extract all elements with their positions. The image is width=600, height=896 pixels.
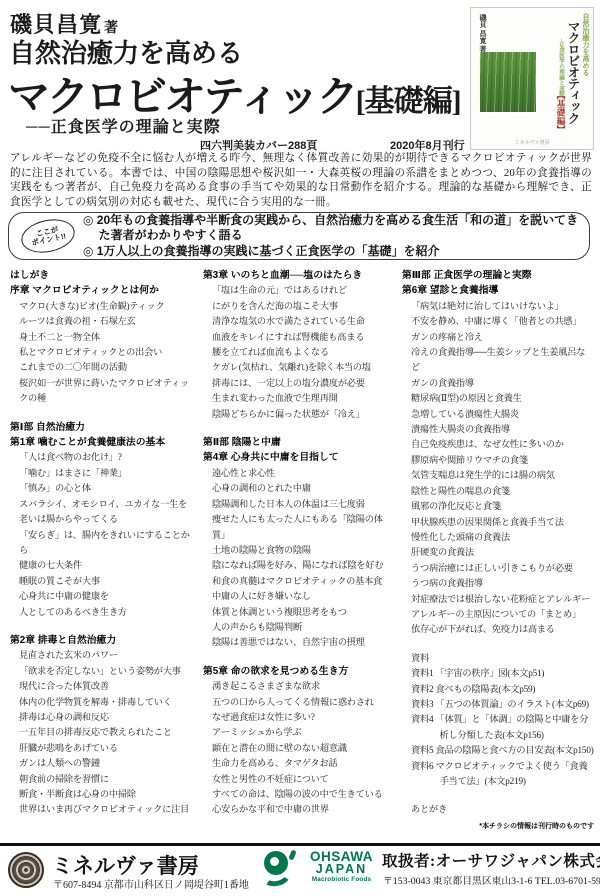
toc-gap [203, 422, 393, 435]
ohsawa-word-line2: JAPAN [304, 863, 379, 875]
ohsawa-wordmark: OHSAWA JAPAN Macrobiotic Foods [304, 850, 379, 884]
toc-heading: 第Ⅲ部 正食医学の理論と実際 [402, 268, 594, 283]
toc-gap [10, 407, 194, 420]
toc-entry: うつ病治癒には正しい引きこもりが必要 [402, 561, 594, 576]
toc-heading: 第6章 望診と食養指導 [402, 283, 594, 298]
toc-entry: 中庸の人に好き嫌いなし [203, 589, 393, 604]
toc-heading: 第3章 いのちと血潮──塩のはたらき [203, 268, 393, 283]
intro-paragraph: アレルギーなどの免疫不全に悩む人が増える昨今、無理なく体質改善に効果的が期待でき… [10, 152, 592, 210]
ohsawa-word-sub: Macrobiotic Foods [304, 875, 379, 884]
toc-entry: 心身の調和のとれた中庸 [203, 481, 393, 496]
distributor-address: 〒153-0043 東京都目黒区東山3-1-6 TEL.03-6701-5900 [383, 873, 600, 887]
toc-heading: 第4章 心身共に中庸を目指して [203, 450, 393, 465]
toc-entry: 身土不二と一物全体 [10, 330, 194, 345]
cover-grass-photo [480, 52, 536, 112]
subtitle: ──正食医学の理論と実際 [26, 114, 221, 137]
toc-entry: 朝食前の掃除を習慣に [10, 772, 194, 787]
toc-entry: ガンの疼痛と冷え [402, 330, 594, 345]
toc-entry: 睡眠の質こそが大事 [10, 574, 194, 589]
toc-entry: 陰になれば陽を好み、陽になれば陰を好む [203, 558, 393, 573]
toc-entry: 潰瘍性大腸炎の食養指導 [402, 422, 594, 437]
toc-entry: ルーツは食養の祖・石塚左玄 [10, 314, 194, 329]
toc-entry: 腰を立てれば血流もよくなる [203, 345, 393, 360]
distributor-label: 取扱者:オーサワジャパン株式会社 [382, 849, 600, 871]
toc-entry: 心身共に中庸の健康を [10, 589, 194, 604]
toc-entry: 資料4 「体質」と「体調」の陰陽と中庸を分析し分類した表(本文p156) [402, 712, 594, 743]
toc-entry: これまでの二〇年間の活動 [10, 360, 194, 375]
toc-column-3: 第Ⅲ部 正食医学の理論と実際第6章 望診と食養指導「病気は絶対に治してはいけない… [402, 268, 594, 840]
point-item: ◎ 1万人以上の食養指導の実践に基づく正食医学の「基礎」を紹介 [83, 244, 581, 260]
toc-entry: 生まれ変わった血液で生理再開 [203, 391, 393, 406]
footer: ミネルヴァ書房 〒607-8494 京都市山科区日ノ岡堤谷町1番地 OHSAWA… [0, 848, 600, 896]
toc-entry: 血液をキレイにすれば腎機能も高まる [203, 330, 393, 345]
toc-entry: 「病気は絶対に治してはいけないよ」 [402, 299, 594, 314]
toc-entry: 資料6 マクロビオティックでよく使う「食養手当て法」(本文p219) [402, 759, 594, 790]
toc-entry: 冷えの食養指導──生姜シップと生姜風呂など [402, 345, 594, 376]
toc-entry: 膠原病や関節リウマチの食箋 [402, 453, 594, 468]
toc-entry: 「人は食べ物のお化け」? [10, 450, 194, 465]
toc-entry: ケガレ(気枯れ、気離れ)を除く本当の塩 [203, 360, 393, 375]
minerva-owl-logo-icon [8, 852, 44, 888]
toc-heading: 第Ⅰ部 自然治癒力 [10, 420, 194, 435]
point-item: ◎ 20年もの食養指導や半断食の実践から、自然治癒力を高める食生活「和の道」を説… [83, 213, 581, 244]
toc-entry: 「慎み」の心と体 [10, 481, 194, 496]
toc-entry: 顕在と潜在の間に壁のない超意識 [203, 741, 393, 756]
ohsawa-logo-tick [288, 849, 296, 860]
format-info: 四六判美装カバー288頁 [200, 137, 317, 153]
title-edition: [基礎編] [356, 85, 461, 118]
toc-entry: なぜ過食症は女性に多い? [203, 710, 393, 725]
toc-entry: 体内の化学物質を解毒・排毒していく [10, 695, 194, 710]
point-list: ◎ 20年もの食養指導や半断食の実践から、自然治癒力を高める食生活「和の道」を説… [83, 213, 581, 260]
toc-entry: 資料2 食べもの陰陽表(本文p59) [402, 682, 594, 697]
toc-entry: 現代に合った体質改善 [10, 679, 194, 694]
toc-heading: 第5章 命の欲求を見つめる生き方 [203, 664, 393, 679]
toc-entry: 土地の陰陽と食物の陰陽 [203, 543, 393, 558]
toc-entry: 排毒は心身の調和反応 [10, 710, 194, 725]
toc-entry: 排毒には、一定以上の塩分濃度が必要 [203, 376, 393, 391]
toc-heading: 第2章 排毒と自然治癒力 [10, 633, 194, 648]
toc-entry: 自己免疫疾患は、なぜ女性に多いのか [402, 437, 594, 452]
toc-entry: 資料 [402, 651, 594, 666]
toc-gap [10, 620, 194, 633]
toc-entry: 「噛む」はまさに「神業」 [10, 466, 194, 481]
toc-heading: 第1章 噛むことが食養健康法の基本 [10, 435, 194, 450]
toc-entry: 女性と男性の不妊症について [203, 772, 393, 787]
footer-divider [0, 843, 600, 846]
cover-author: 磯貝 昌寛 著 [478, 14, 488, 53]
toc-entry: 甲状腺疾患の因果関係と食養手当て法 [402, 515, 594, 530]
ohsawa-logo-hole [270, 857, 279, 866]
toc-entry: マクロ(大きな)ビオ(生命観)ティック [10, 299, 194, 314]
toc-entry: 桜沢如一が世界に蒔いたマクロビオティックの種 [10, 376, 194, 407]
highlight-points-box: ここが ポイント!! ◎ 20年もの食養指導や半断食の実践から、自然治癒力を高め… [8, 212, 590, 260]
toc-entry: 痩せた人にも太った人にもある「陰陽の体質」 [203, 512, 393, 543]
toc-entry: 急増している潰瘍性大腸炎 [402, 407, 594, 422]
toc-entry: ガンは人類への警鐘 [10, 756, 194, 771]
book-flyer-page: 磯貝昌寛著 自然治癒力を高める マクロビオティック[基礎編] ──正食医学の理論… [0, 0, 600, 896]
toc-entry: 「塩は生命の元」ではあるけれど [203, 283, 393, 298]
toc-entry: 老いは腸からやってくる [10, 512, 194, 527]
toc-entry: 資料5 食品の陰陽と食べ方の目安表(本文p150) [402, 743, 594, 758]
toc-entry: 肝硬変の食養法 [402, 545, 594, 560]
toc-column-2: 第3章 いのちと血潮──塩のはたらき「塩は生命の元」ではあるけれどにがりを含んだ… [203, 268, 393, 840]
toc-entry: 陰性と陽性の喘息の食箋 [402, 484, 594, 499]
toc-gap [402, 789, 594, 802]
toc-entry: 資料1 「宇宙の秩序」図(本文p51) [402, 666, 594, 681]
toc-heading: 序章 マクロビオティックとは何か [10, 283, 194, 298]
publisher-address: 〒607-8494 京都市山科区日ノ岡堤谷町1番地 [53, 876, 249, 891]
toc-entry: すべての命は、陰陽の波の中で生きている [203, 787, 393, 802]
toc-entry: アーミッシュから学ぶ [203, 725, 393, 740]
toc-entry: 陰陽調和した日本人の体温は三七度弱 [203, 497, 393, 512]
toc-entry: 陰陽は善悪ではない、自然宇宙の摂理 [203, 635, 393, 650]
toc-entry: 見直された玄米のパワー [10, 648, 194, 663]
point-badge: ここが ポイント!! [18, 215, 77, 258]
cover-subtitle: ─正食医学の理論と実際 [557, 38, 565, 97]
flyer-note: *本チラシの情報は刊行時のものです [402, 821, 594, 831]
toc-entry: うつ病の食養指導 [402, 576, 594, 591]
cover-tagline: 自然治癒力を高める [581, 13, 591, 76]
toc-entry: 心安らかな平和で中庸の世界 [203, 802, 393, 817]
toc-entry: 生命力を高める、タマゲタお話 [203, 756, 393, 771]
toc-entry: 風邪の浄化反応と食箋 [402, 499, 594, 514]
toc-entry: 糖尿病(Ⅱ型)の原因と食養生 [402, 391, 594, 406]
toc-gap [402, 638, 594, 651]
toc-entry: 慢性化した頭痛の食養法 [402, 530, 594, 545]
toc-entry: スバラシイ、オモシロイ、ユカイな一生を [10, 497, 194, 512]
toc-entry: 五つの口から入ってくる情報に惑わされ [203, 695, 393, 710]
ohsawa-japan-logo-icon [262, 850, 302, 890]
toc-entry: 対症療法では根治しない花粉症とアレルギー [402, 592, 594, 607]
toc-entry: 人の声からも陰陽判断 [203, 620, 393, 635]
publish-date: 2020年8月刊行 [390, 137, 465, 153]
toc-column-1: はしがき序章 マクロビオティックとは何かマクロ(大きな)ビオ(生命観)ティックル… [10, 268, 194, 840]
toc-entry: 依存心が下がれば、免疫力は高まる [402, 622, 594, 637]
toc-entry: 湧き起こるさまざまな欲求 [203, 679, 393, 694]
toc-entry: 肝臓が悲鳴をあげている [10, 741, 194, 756]
toc-entry: 資料3 「五つの体質論」のイラスト(本文p69) [402, 697, 594, 712]
table-of-contents: はしがき序章 マクロビオティックとは何かマクロ(大きな)ビオ(生命観)ティックル… [10, 268, 594, 840]
toc-entry: 不安を静め、中庸に導く「他者との共感」 [402, 314, 594, 329]
toc-entry: 一五年目の排毒反応で教えられたこと [10, 725, 194, 740]
toc-entry: 「安らぎ」は、腸内をきれいにすることから [10, 528, 194, 559]
cover-edition-badge: 【基礎編】 [555, 91, 567, 134]
toc-entry: 世界はいま再びマクロビオティックに注目 [10, 802, 194, 817]
toc-entry: 断食・半断食は心身の中掃除 [10, 787, 194, 802]
toc-entry: 私とマクロビオティックとの出会い [10, 345, 194, 360]
cover-publisher: ミネルヴァ書房 [471, 139, 593, 146]
toc-entry: 陰陽どちらかに偏った状態が「冷え」 [203, 407, 393, 422]
toc-entry: 気管支喘息は発生学的には腸の病気 [402, 468, 594, 483]
toc-entry: 遠心性と求心性 [203, 466, 393, 481]
toc-gap [203, 651, 393, 664]
toc-entry: 人としてのあるべき生き方 [10, 605, 194, 620]
toc-entry: 和食の真髄はマクロビオティックの基本食 [203, 574, 393, 589]
toc-heading: 第Ⅱ部 陰陽と中庸 [203, 435, 393, 450]
toc-entry: にがりを含んだ海の塩こそ大事 [203, 299, 393, 314]
toc-entry: アレルギーの主原因についての「まとめ」 [402, 607, 594, 622]
toc-entry: あとがき [402, 802, 594, 817]
toc-heading: はしがき [10, 268, 194, 283]
toc-entry: 健康の七大条件 [10, 558, 194, 573]
toc-entry: 「欲求を否定しない」という姿勢が大事 [10, 664, 194, 679]
toc-entry: 体質と体調という複眼思考をもつ [203, 605, 393, 620]
toc-entry: 清浄な塩気の水で満たされている生命 [203, 314, 393, 329]
toc-entry: ガンの食養指導 [402, 376, 594, 391]
book-cover-thumbnail: 自然治癒力を高める マクロビオティック ─正食医学の理論と実際 【基礎編】 磯貝… [470, 7, 594, 150]
